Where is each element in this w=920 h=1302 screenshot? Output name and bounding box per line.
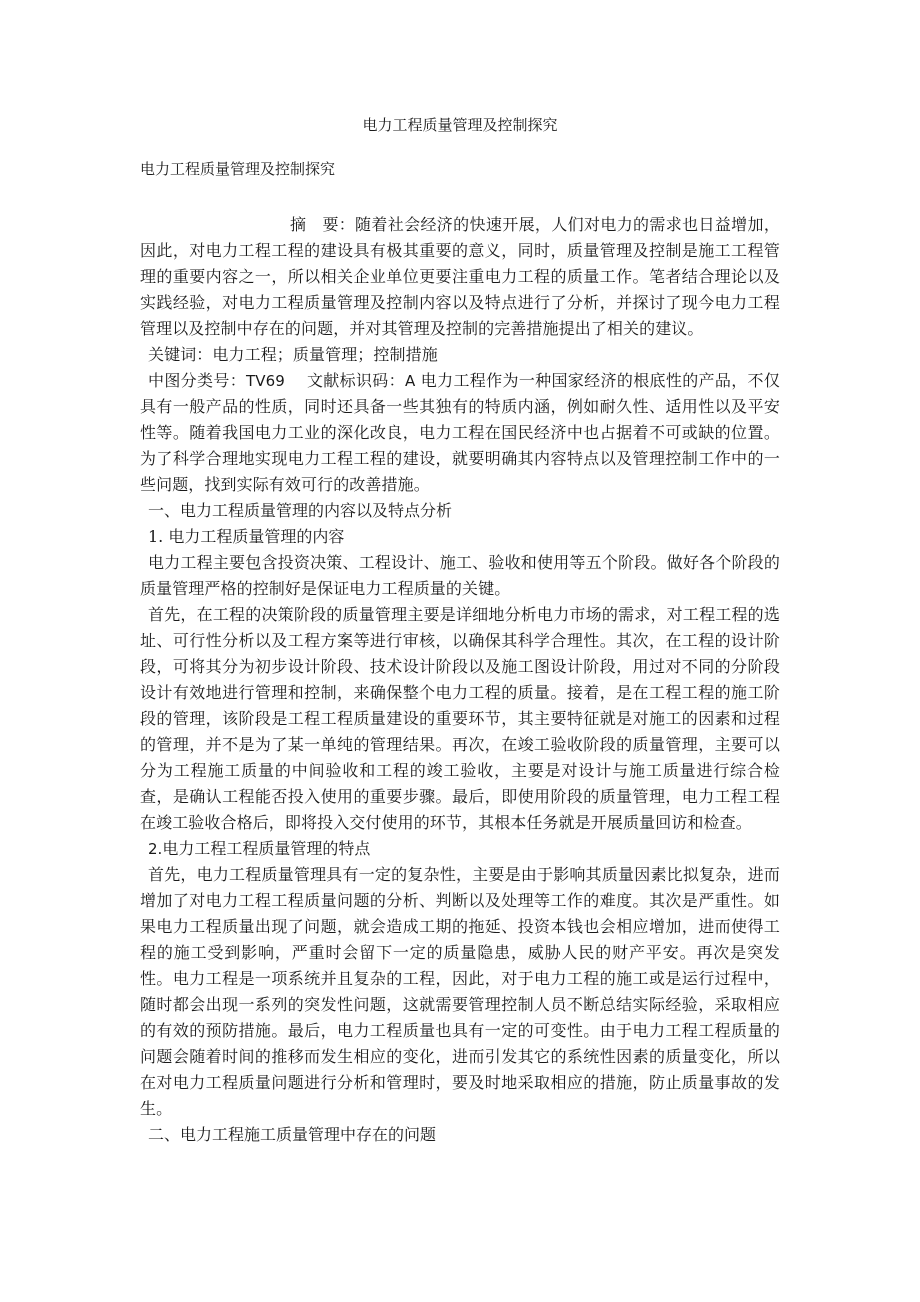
subsection-heading-1-1: 1. 电力工程质量管理的内容 (140, 524, 780, 550)
body-paragraph: 首先，电力工程质量管理具有一定的复杂性，主要是由于影响其质量因素比拟复杂，进而增… (140, 862, 780, 1122)
subsection-title: 电力工程工程质量管理的特点 (162, 839, 370, 858)
subsection-heading-1-2: 2.电力工程工程质量管理的特点 (140, 836, 780, 862)
classification-paragraph: 中图分类号：TV69 文献标识码：A 电力工程作为一种国家经济的根底性的产品，不… (140, 368, 780, 498)
section-heading-2: 二、电力工程施工质量管理中存在的问题 (140, 1122, 780, 1148)
subsection-number: 2. (148, 840, 162, 858)
abstract-paragraph: 摘 要：随着社会经济的快速开展，人们对电力的需求也日益增加，因此，对电力工程工程… (140, 212, 780, 342)
body-paragraph: 首先，在工程的决策阶段的质量管理主要是详细地分析电力市场的需求，对工程工程的选址… (140, 602, 780, 836)
keywords-label: 关键词： (148, 345, 212, 364)
clc-label: 中图分类号： (148, 371, 246, 390)
subsection-title: 电力工程质量管理的内容 (168, 527, 344, 546)
document-title: 电力工程质量管理及控制探究 (140, 112, 780, 138)
keywords-text: 电力工程；质量管理；控制措施 (212, 345, 437, 364)
document-subtitle: 电力工程质量管理及控制探究 (140, 156, 780, 182)
keywords-line: 关键词：电力工程；质量管理；控制措施 (140, 342, 780, 368)
clc-value: TV69 (246, 372, 285, 390)
section-heading-1: 一、电力工程质量管理的内容以及特点分析 (140, 498, 780, 524)
abstract-text: 随着社会经济的快速开展，人们对电力的需求也日益增加，因此，对电力工程工程的建设具… (140, 215, 780, 338)
document-page: 电力工程质量管理及控制探究 电力工程质量管理及控制探究 摘 要：随着社会经济的快… (140, 112, 780, 1148)
subsection-number: 1. (148, 527, 163, 546)
doc-code-label: 文献标识码： (307, 371, 405, 390)
body-paragraph: 电力工程主要包含投资决策、工程设计、施工、验收和使用等五个阶段。做好各个阶段的质… (140, 550, 780, 602)
doc-code-value: A (405, 372, 415, 390)
abstract-label: 摘 要： (290, 215, 355, 234)
